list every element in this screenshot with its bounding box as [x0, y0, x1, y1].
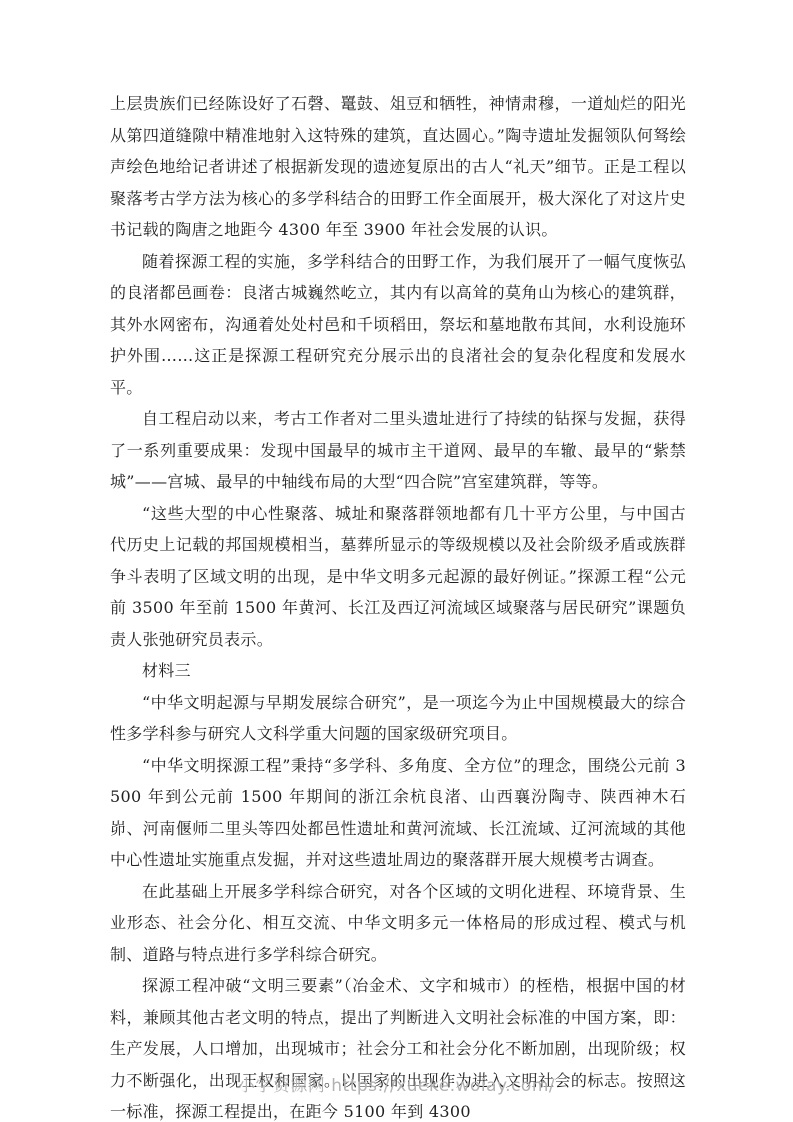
paragraph: “中华文明起源与早期发展综合研究”，是一项迄今为止中国规模最大的综合性多学科参与…	[110, 687, 686, 750]
paragraph-continuation: 上层贵族们已经陈设好了石磬、鼍鼓、俎豆和牺牲，神情肃穆，一道灿烂的阳光从第四道缝…	[110, 88, 686, 246]
paragraph: 探源工程冲破“文明三要素”（冶金术、文字和城市）的桎梏，根据中国的材料，兼顾其他…	[110, 970, 686, 1122]
paragraph: 在此基础上开展多学科综合研究，对各个区域的文明化进程、环境背景、生业形态、社会分…	[110, 876, 686, 971]
watermark-text: 小学资源网 https://xueke.woiay.com/	[238, 1076, 555, 1096]
watermark: 小学资源网 https://xueke.woiay.com/	[0, 1071, 793, 1096]
document-body: 上层贵族们已经陈设好了石磬、鼍鼓、俎豆和牺牲，神情肃穆，一道灿烂的阳光从第四道缝…	[110, 88, 686, 1122]
document-page: 上层贵族们已经陈设好了石磬、鼍鼓、俎豆和牺牲，神情肃穆，一道灿烂的阳光从第四道缝…	[0, 0, 793, 1122]
paragraph: “这些大型的中心性聚落、城址和聚落群领地都有几十平方公里，与中国古代历史上记载的…	[110, 498, 686, 656]
paragraph: “中华文明探源工程”秉持“多学科、多角度、全方位”的理念，围绕公元前 3500 …	[110, 750, 686, 876]
section-heading-material-3: 材料三	[110, 655, 686, 687]
paragraph: 随着探源工程的实施，多学科结合的田野工作，为我们展开了一幅气度恢弘的良渚都邑画卷…	[110, 246, 686, 404]
paragraph: 自工程启动以来，考古工作者对二里头遗址进行了持续的钻探与发掘，获得了一系列重要成…	[110, 403, 686, 498]
